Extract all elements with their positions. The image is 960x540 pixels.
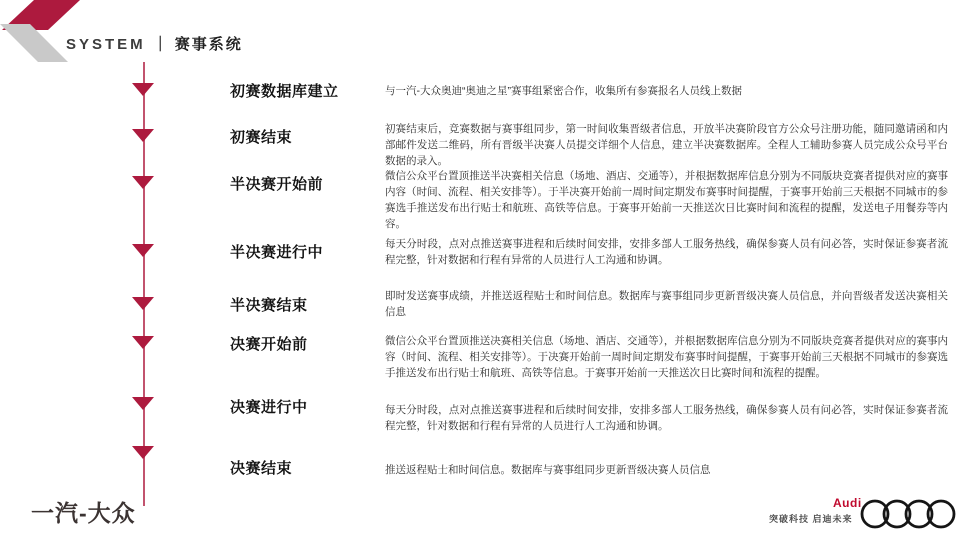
milestone-arrow-icon: [132, 176, 154, 189]
milestone-description: 微信公众平台置顶推送半决赛相关信息（场地、酒店、交通等），并根据数据库信息分别为…: [385, 168, 948, 232]
milestone-description: 即时发送赛事成绩，并推送返程贴士和时间信息。数据库与赛事组同步更新晋级决赛人员信…: [385, 288, 948, 320]
page-title: SYSTEM｜赛事系统: [66, 33, 243, 54]
milestone-description: 与一汽-大众奥迪“奥迪之星”赛事组紧密合作，收集所有参赛报名人员线上数据: [385, 83, 948, 99]
audi-rings-icon: [860, 498, 956, 530]
milestone-arrow-icon: [132, 336, 154, 349]
slide: SYSTEM｜赛事系统 初赛数据库建立 初赛结束 半决赛开始前 半决赛进行中 半…: [0, 0, 960, 540]
milestone-arrow-icon: [132, 446, 154, 459]
milestone-description: 微信公众平台置顶推送决赛相关信息（场地、酒店、交通等），并根据数据库信息分别为不…: [385, 333, 948, 381]
milestone-label: 半决赛结束: [230, 294, 308, 315]
audi-wordmark: Audi: [833, 496, 862, 510]
milestone-arrow-icon: [132, 83, 154, 96]
page-title-zh: 赛事系统: [175, 36, 243, 53]
milestone-arrow-icon: [132, 297, 154, 310]
milestone-description: 推送返程贴士和时间信息。数据库与赛事组同步更新晋级决赛人员信息: [385, 462, 948, 478]
milestone-arrow-icon: [132, 129, 154, 142]
milestone-label: 决赛结束: [230, 457, 292, 478]
title-separator: ｜: [153, 36, 168, 53]
milestone-label: 决赛开始前: [230, 333, 308, 354]
milestone-label: 初赛结束: [230, 126, 292, 147]
milestone-description: 每天分时段，点对点推送赛事进程和后续时间安排，安排多部人工服务热线，确保参赛人员…: [385, 402, 948, 434]
milestone-label: 初赛数据库建立: [230, 80, 339, 101]
milestone-label: 半决赛进行中: [230, 241, 323, 262]
milestone-description: 初赛结束后，竞赛数据与赛事组同步，第一时间收集晋级者信息，开放半决赛阶段官方公众…: [385, 121, 948, 169]
page-title-en: SYSTEM: [66, 36, 146, 53]
milestone-label: 决赛进行中: [230, 396, 308, 417]
milestone-arrow-icon: [132, 244, 154, 257]
faw-vw-logo: 一汽-大众: [31, 495, 136, 528]
milestone-label: 半决赛开始前: [230, 173, 323, 194]
audi-slogan: 突破科技 启迪未来: [769, 512, 853, 525]
gray-band-shape: [0, 24, 68, 62]
milestone-description: 每天分时段，点对点推送赛事进程和后续时间安排，安排多部人工服务热线，确保参赛人员…: [385, 236, 948, 268]
milestone-arrow-icon: [132, 397, 154, 410]
